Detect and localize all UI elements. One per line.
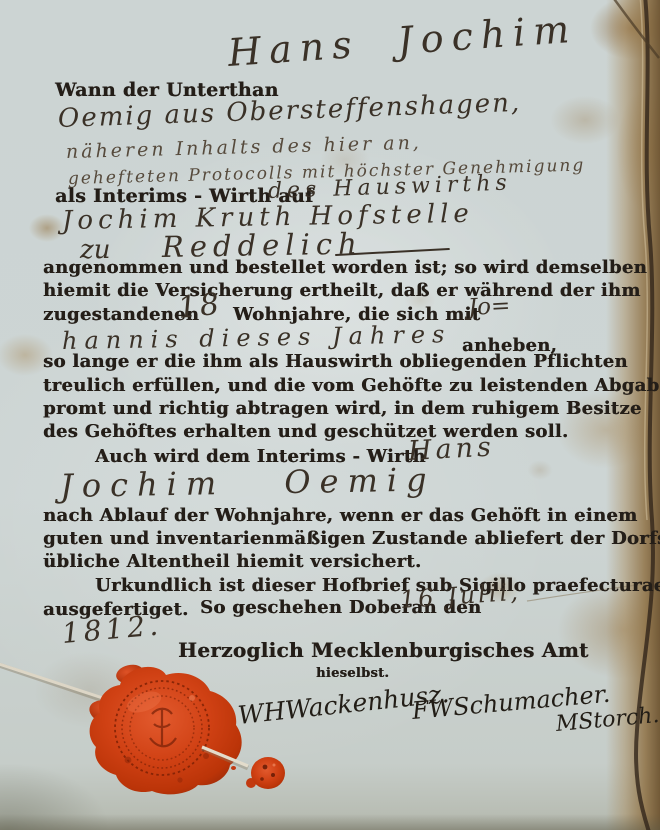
handwritten-jo: Jo= xyxy=(467,295,510,320)
printed-line-20: übliche Altentheil hiemit versichert. xyxy=(43,553,421,571)
wax-drop xyxy=(243,753,291,797)
handwritten-year: 1812. xyxy=(61,611,163,648)
handwritten-jochim-oemig: Jochim Oemig xyxy=(60,463,436,502)
document-photo: Wann der Unterthan Hans Jochim Oemig aus… xyxy=(0,0,660,830)
wax-speck xyxy=(231,766,236,770)
printed-line-13: treulich erfüllen, und die vom Gehöfte z… xyxy=(43,377,660,395)
handwritten-hannis: hannis dieses Jahres xyxy=(62,322,452,353)
handwritten-hauswirth: des Hauswirths xyxy=(268,172,512,202)
printed-line-9: hiemit die Versicherung ertheilt, daß er… xyxy=(43,282,641,300)
handwritten-years: 18 xyxy=(176,289,223,323)
printed-line-18: nach Ablauf der Wohnjahre, wenn er das G… xyxy=(43,507,637,525)
handwritten-clause-1: näheren Inhalts des hier an, xyxy=(66,134,422,162)
page-bottom-shadow xyxy=(0,814,660,830)
printed-line-14: promt und richtig abtragen wird, in dem … xyxy=(43,400,642,418)
printed-line-21: Urkundlich ist dieser Hofbrief sub Sigil… xyxy=(95,577,660,595)
wax-seal xyxy=(88,664,244,796)
handwritten-name-first: Hans Jochim xyxy=(227,10,579,72)
printed-office-name: Herzoglich Mecklenburgisches Amt xyxy=(178,640,589,660)
printed-line-8: angenommen und bestellet worden ist; so … xyxy=(43,259,647,277)
printed-zugestandenen: zugestandenen xyxy=(43,306,199,324)
printed-hieselbst: hieselbst. xyxy=(316,667,389,680)
printed-line-12: so lange er die ihm als Hauswirth oblieg… xyxy=(43,353,628,371)
handwritten-date: 16 Julii, xyxy=(399,580,521,612)
printed-line-19: guten und inventarienmäßigen Zustande ab… xyxy=(43,530,660,548)
signature-storch: MStorch. xyxy=(555,705,660,736)
